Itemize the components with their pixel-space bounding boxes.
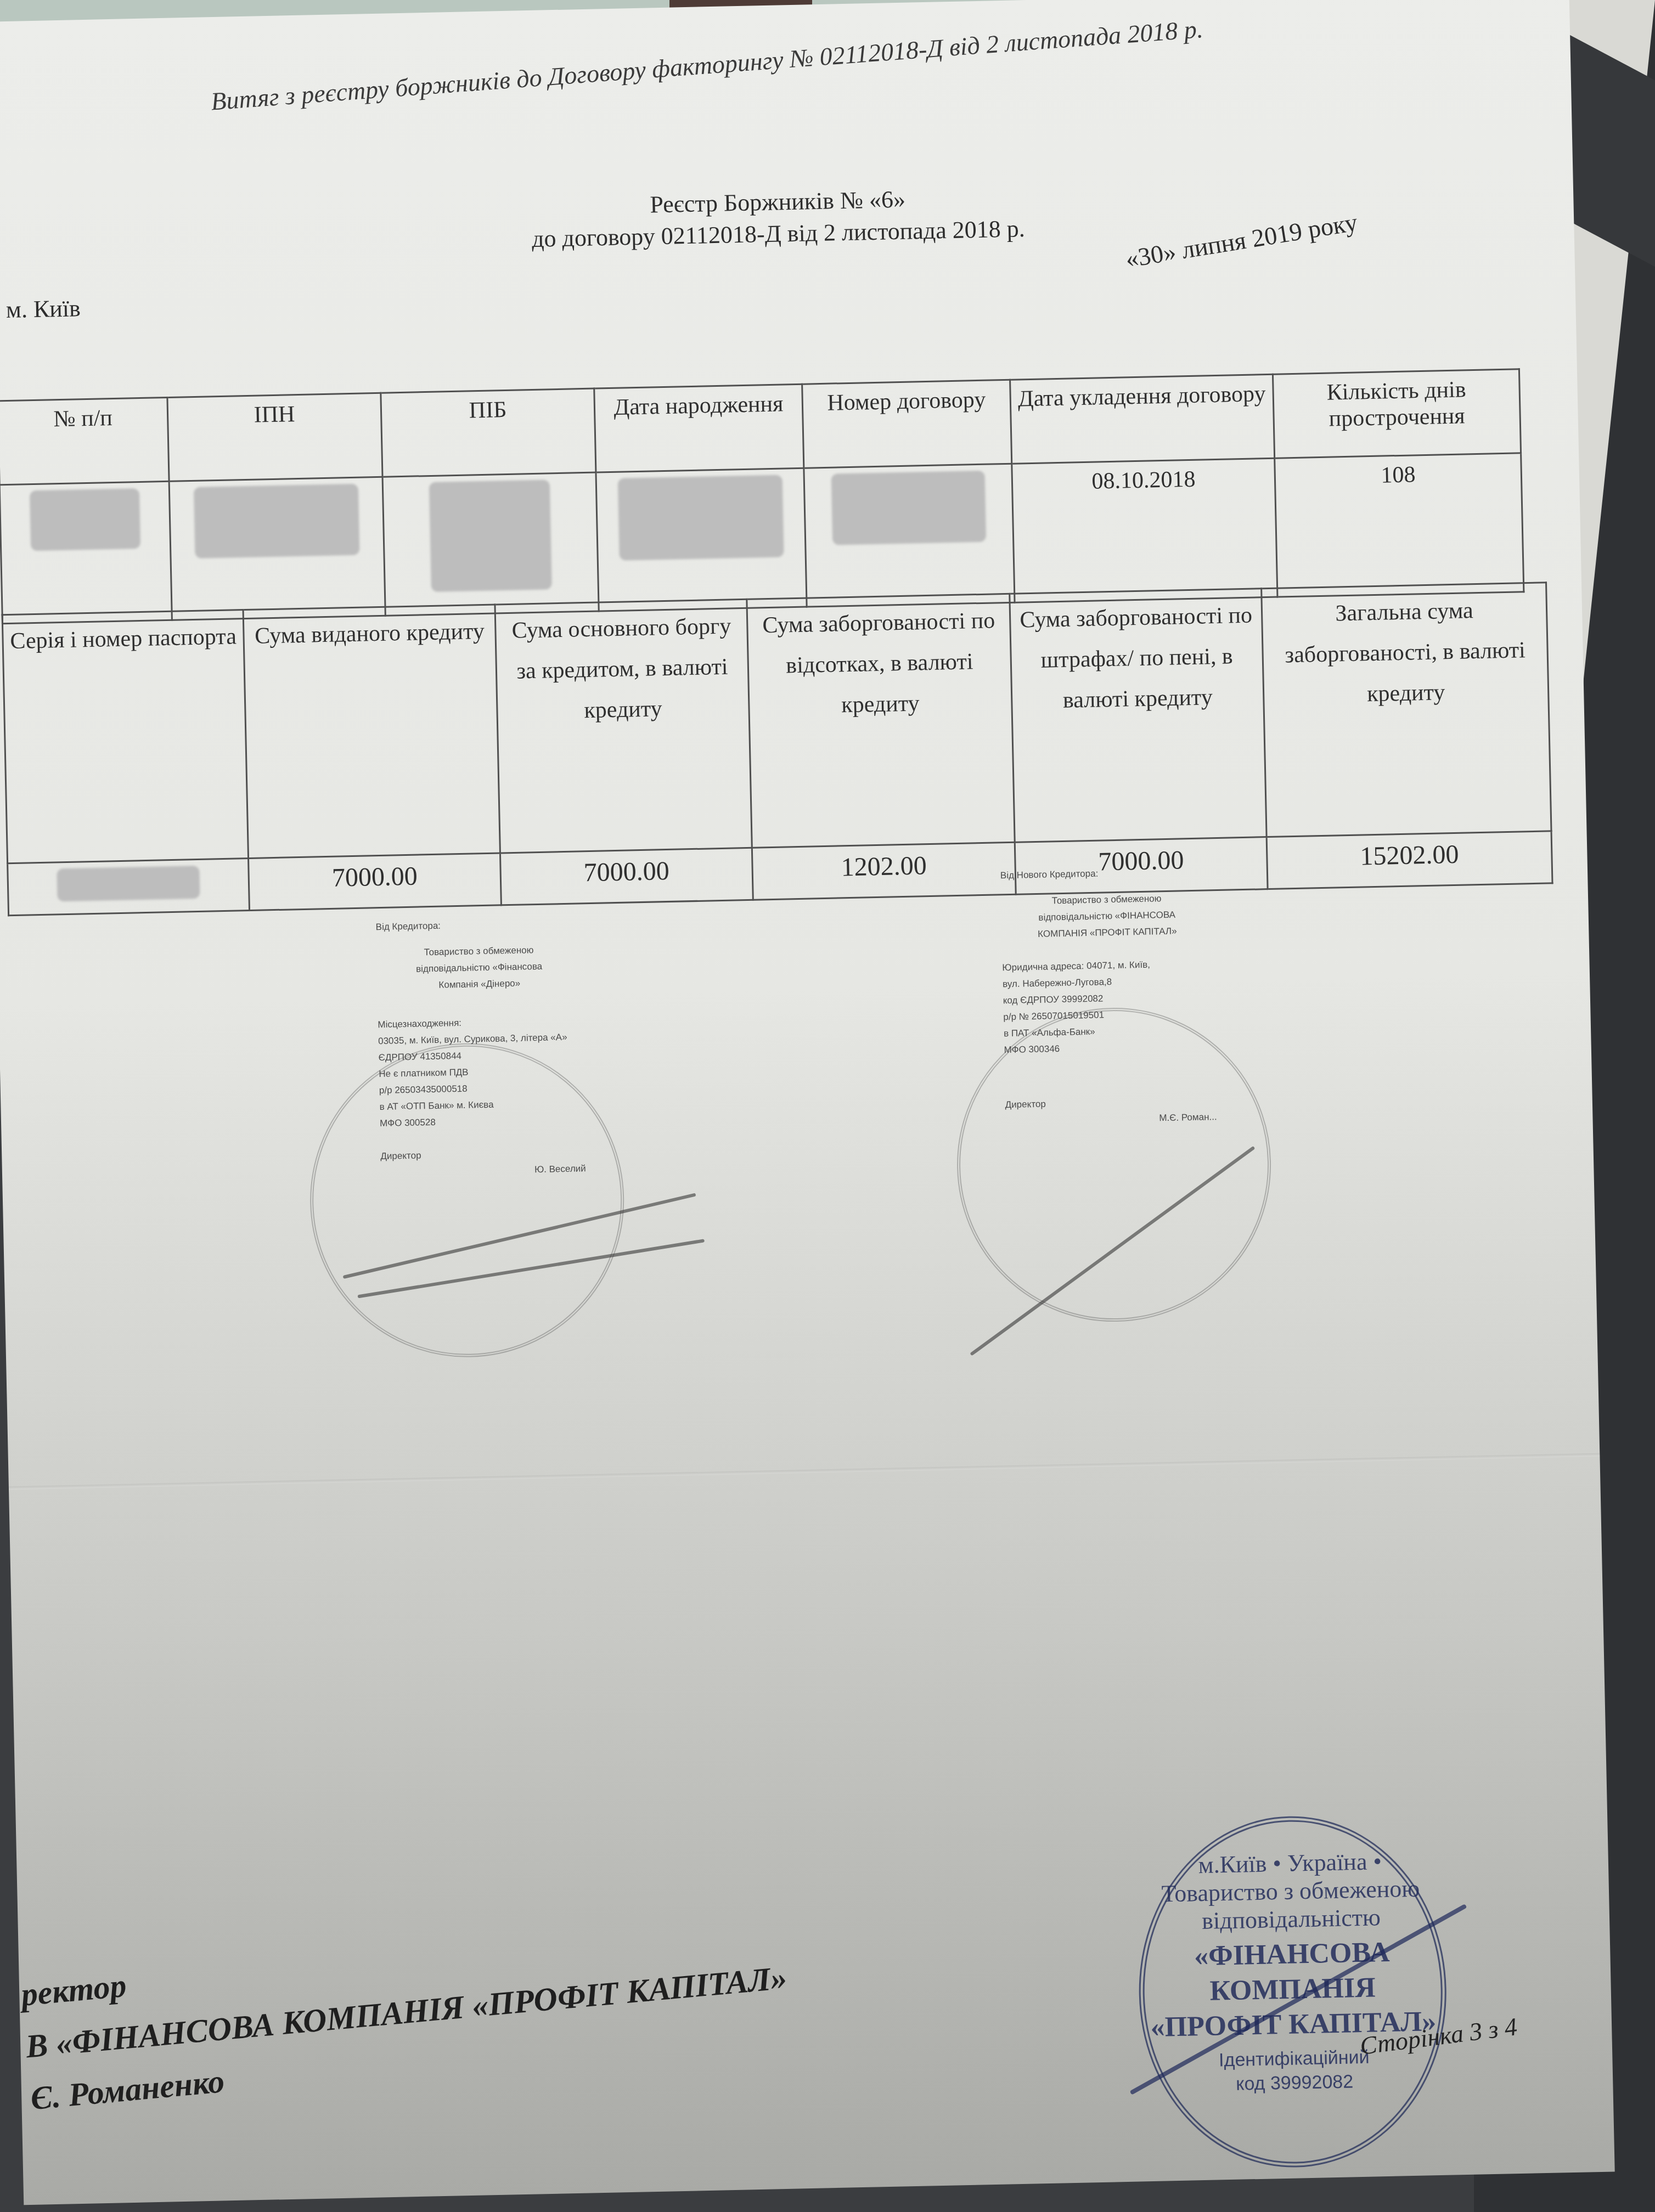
debtor-table-2: Серія і номер паспорта Сума виданого кре… [2,582,1553,916]
col-header-overdue-days: Кількість днів прострочення [1273,369,1521,458]
cell-passport [8,859,250,916]
page-header: Витяг з реєстру боржників до Договору фа… [210,14,1204,116]
document-page: Витяг з реєстру боржників до Договору фа… [0,0,1615,2205]
col-header-contract-number: Номер договору [802,380,1012,468]
document-title: Реєстр Боржників № «6» до договору 02112… [366,178,1190,258]
cell-pib [382,472,599,616]
company-stamp: м.Київ • Україна • Товариство з обмежено… [1135,1813,1450,2171]
col-header-num: № п/п [0,397,169,484]
paper-fold [9,1453,1600,1490]
redacted-block [618,475,784,560]
cell-interest-debt: 1202.00 [752,842,1016,900]
footer-signatory: ректор В «ФІНАНСОВА КОМПАНІЯ «ПРОФІТ КАП… [19,1900,793,2125]
col-header-total-debt: Загальна сума заборгованості, в валюті к… [1262,583,1551,837]
col-header-birth-date: Дата народження [594,384,804,472]
col-header-principal-debt: Сума основного боргу за кредитом, в валю… [495,599,752,853]
redacted-block [194,484,360,558]
cell-overdue-days: 108 [1275,453,1524,597]
col-header-passport: Серія і номер паспорта [2,610,248,864]
col-header-penalty-debt: Сума заборгованості по штрафах/ по пені,… [1010,589,1266,843]
redacted-block [831,471,987,545]
new-creditor-stamp [954,1005,1274,1325]
debtor-table-1: № п/п ІПН ПІБ Дата народження Номер дого… [0,368,1524,624]
stamp-ring-text: м.Київ • Україна • Товариство з обмежено… [1141,1846,1439,1936]
cell-principal-debt: 7000.00 [500,848,753,905]
cell-total-debt: 15202.00 [1266,831,1552,889]
cell-contract-number [804,464,1015,607]
cell-issued-amount: 7000.00 [249,853,502,911]
redacted-block [57,866,200,901]
cell-num [0,481,172,623]
redacted-block [30,488,140,551]
col-header-ipn: ІПН [167,393,382,481]
col-header-pib: ПІБ [381,388,596,477]
city: м. Київ [5,294,81,324]
redacted-block [429,479,552,592]
col-header-contract-date: Дата укладення договору [1010,374,1275,464]
cell-ipn [169,477,385,620]
cell-birth-date [596,468,807,611]
col-header-interest-debt: Сума заборгованості по відсотках, в валю… [747,594,1015,848]
col-header-issued-amount: Сума виданого кредиту [243,605,500,859]
cell-contract-date: 08.10.2018 [1012,458,1277,602]
